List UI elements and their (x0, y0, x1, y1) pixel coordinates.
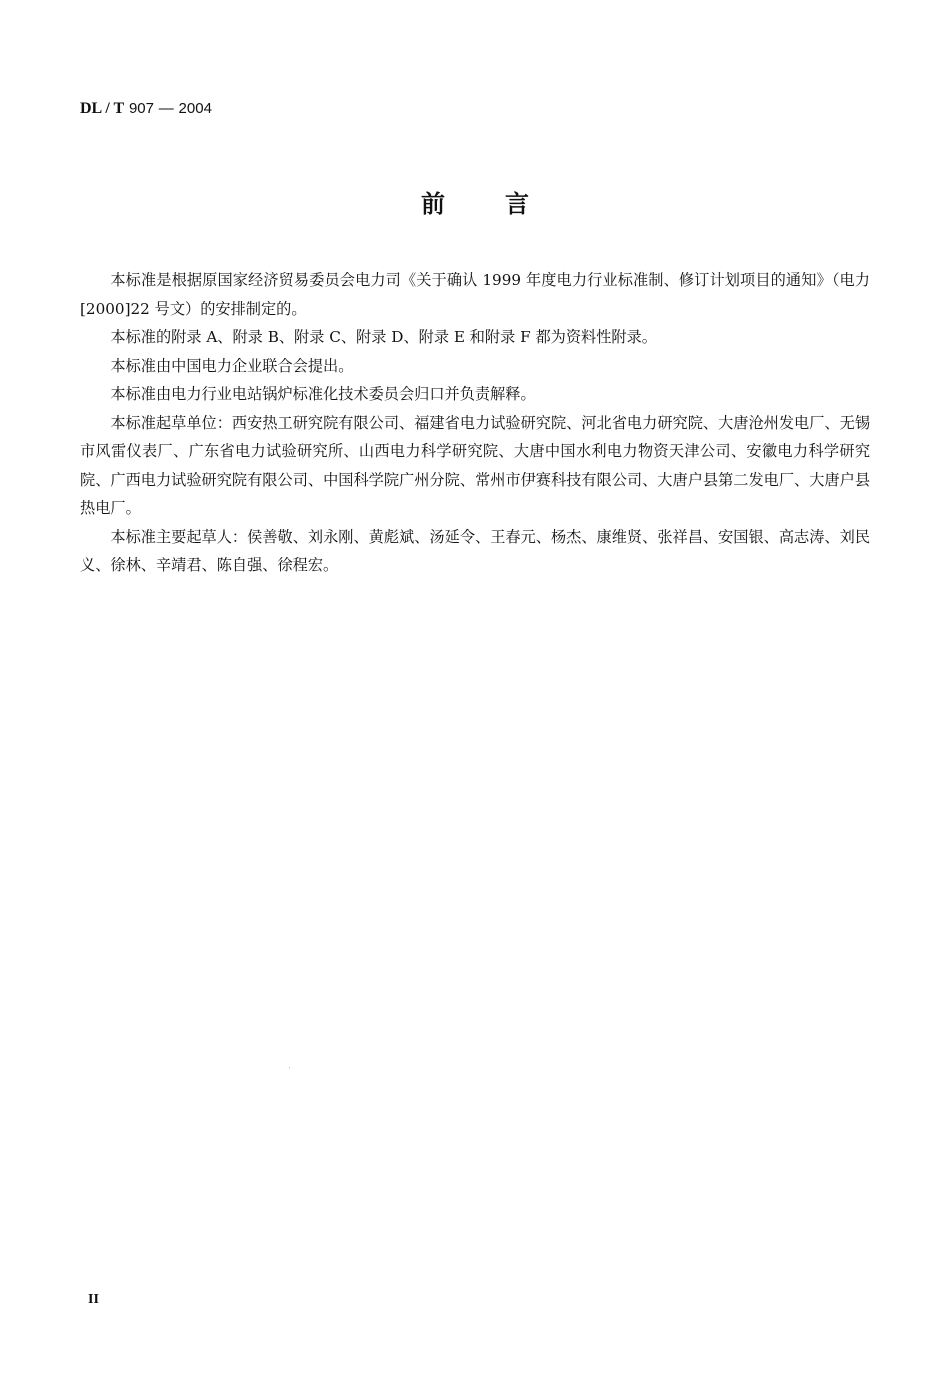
paragraph-drafting-units: 本标准起草单位：西安热工研究院有限公司、福建省电力试验研究院、河北省电力研究院、… (80, 409, 870, 523)
page-title: 前言 (0, 184, 950, 219)
paragraph-appendices: 本标准的附录 A、附录 B、附录 C、附录 D、附录 E 和附录 F 都为资料性… (80, 323, 870, 352)
title-char-2: 言 (505, 184, 529, 219)
paragraph-proposer: 本标准由中国电力企业联合会提出。 (80, 352, 870, 381)
scan-speck (289, 1067, 290, 1068)
title-char-1: 前 (421, 184, 445, 219)
standard-code-header: DL / T 907 — 2004 (80, 99, 212, 118)
paragraph-drafters: 本标准主要起草人：侯善敬、刘永刚、黄彪斌、汤延令、王春元、杨杰、康维贤、张祥昌、… (80, 523, 870, 580)
foreword-body: 本标准是根据原国家经济贸易委员会电力司《关于确认 1999 年度电力行业标准制、… (80, 266, 870, 580)
standard-dash: — (159, 100, 174, 117)
page-number: II (88, 1292, 99, 1308)
standard-prefix: DL / T (80, 100, 124, 117)
paragraph-basis: 本标准是根据原国家经济贸易委员会电力司《关于确认 1999 年度电力行业标准制、… (80, 266, 870, 323)
standard-year: 2004 (179, 100, 212, 117)
paragraph-administrator: 本标准由电力行业电站锅炉标准化技术委员会归口并负责解释。 (80, 380, 870, 409)
standard-number: 907 (129, 100, 154, 117)
